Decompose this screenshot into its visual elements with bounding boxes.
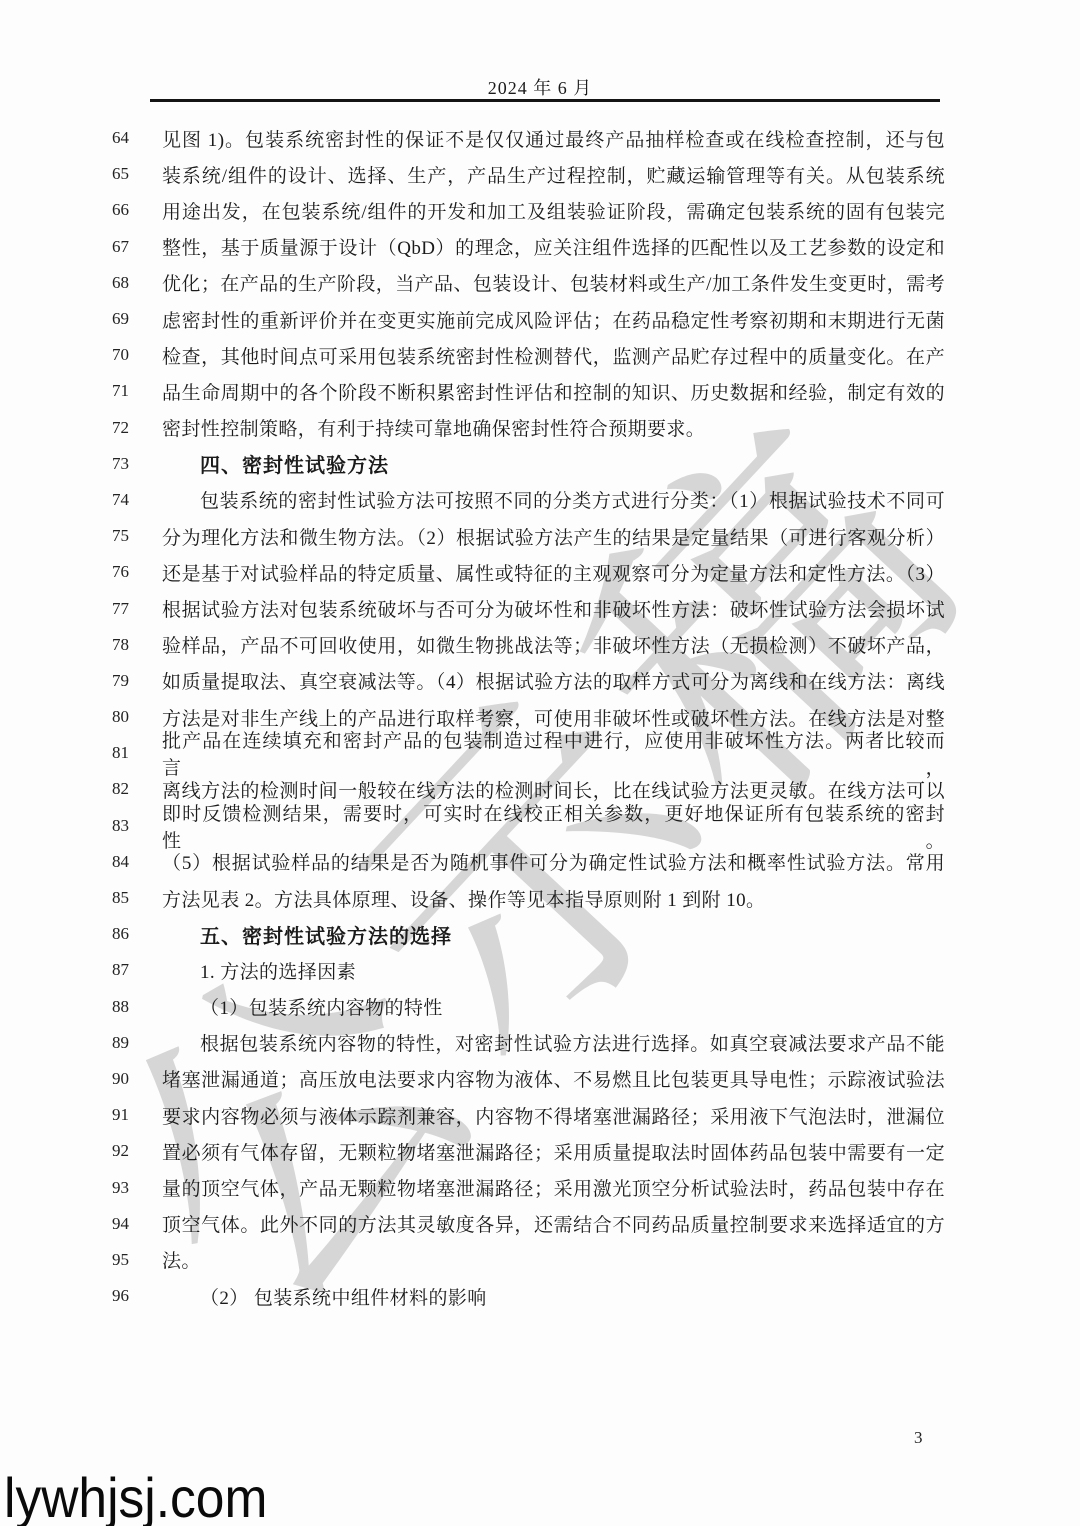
line-number: 94 <box>112 1214 162 1234</box>
line-text: 四、密封性试验方法 <box>162 449 945 478</box>
document-body: 64见图 1)。包装系统密封性的保证不是仅仅通过最终产品抽样检查或在线检查控制，… <box>112 120 945 1314</box>
line-number: 79 <box>112 671 162 691</box>
document-line: 72密封性控制策略，有利于持续可靠地确保密封性符合预期要求。 <box>112 410 945 446</box>
document-line: 77根据试验方法对包装系统破坏与否可分为破坏性和非破坏性方法：破坏性试验方法会损… <box>112 590 945 626</box>
line-text: 方法见表 2。方法具体原理、设备、操作等见本指导原则附 1 到附 10。 <box>162 885 945 912</box>
line-number: 72 <box>112 418 162 438</box>
line-number: 91 <box>112 1105 162 1125</box>
document-line: 76还是基于对试验样品的特定质量、属性或特征的主观观察可分为定量方法和定性方法。… <box>112 554 945 590</box>
line-number: 76 <box>112 562 162 582</box>
line-number: 96 <box>112 1286 162 1306</box>
document-line: 68优化；在产品的生产阶段，当产品、包装设计、包装材料或生产/加工条件发生变更时… <box>112 265 945 301</box>
document-line: 90堵塞泄漏通道；高压放电法要求内容物为液体、不易燃且比包装更具导电性；示踪液试… <box>112 1061 945 1097</box>
document-line: 88（1）包装系统内容物的特性 <box>112 989 945 1025</box>
line-number: 92 <box>112 1141 162 1161</box>
line-number: 84 <box>112 852 162 872</box>
line-text: 分为理化方法和微生物方法。（2）根据试验方法产生的结果是定量结果（可进行客观分析… <box>162 523 945 550</box>
line-number: 75 <box>112 526 162 546</box>
line-text: 品生命周期中的各个阶段不断积累密封性评估和控制的知识、历史数据和经验，制定有效的 <box>162 378 945 405</box>
document-line: 67整性，基于质量源于设计（QbD）的理念，应关注组件选择的匹配性以及工艺参数的… <box>112 229 945 265</box>
document-line: 64见图 1)。包装系统密封性的保证不是仅仅通过最终产品抽样检查或在线检查控制，… <box>112 120 945 156</box>
header-date: 2024 年 6 月 <box>0 74 1080 100</box>
line-number: 65 <box>112 164 162 184</box>
line-text: 整性，基于质量源于设计（QbD）的理念，应关注组件选择的匹配性以及工艺参数的设定… <box>162 233 945 260</box>
line-number: 82 <box>112 779 162 799</box>
document-line: 74包装系统的密封性试验方法可按照不同的分类方式进行分类：（1）根据试验技术不同… <box>112 482 945 518</box>
line-text: 量的顶空气体，产品无颗粒物堵塞泄漏路径；采用激光顶空分析试验法时，药品包装中存在 <box>162 1174 945 1201</box>
document-page: 2024 年 6 月 公示稿 64见图 1)。包装系统密封性的保证不是仅仅通过最… <box>0 0 1080 1526</box>
document-line: 92置必须有气体存留，无颗粒物堵塞泄漏路径；采用质量提取法时固体药品包装中需要有… <box>112 1133 945 1169</box>
line-text: 检查，其他时间点可采用包装系统密封性检测替代，监测产品贮存过程中的质量变化。在产 <box>162 342 945 369</box>
line-number: 93 <box>112 1178 162 1198</box>
document-line: 84（5）根据试验样品的结果是否为随机事件可分为确定性试验方法和概率性试验方法。… <box>112 844 945 880</box>
document-line: 69虑密封性的重新评价并在变更实施前完成风险评估；在药品稳定性考察初期和末期进行… <box>112 301 945 337</box>
line-text: 顶空气体。此外不同的方法其灵敏度各异，还需结合不同药品质量控制要求来选择适宜的方 <box>162 1210 945 1237</box>
line-text: （2） 包装系统中组件材料的影响 <box>162 1283 945 1310</box>
line-text: 置必须有气体存留，无颗粒物堵塞泄漏路径；采用质量提取法时固体药品包装中需要有一定 <box>162 1138 945 1165</box>
line-number: 87 <box>112 960 162 980</box>
line-text: 虑密封性的重新评价并在变更实施前完成风险评估；在药品稳定性考察初期和末期进行无菌 <box>162 306 945 333</box>
line-text: 堵塞泄漏通道；高压放电法要求内容物为液体、不易燃且比包装更具导电性；示踪液试验法 <box>162 1065 945 1092</box>
line-number: 86 <box>112 924 162 944</box>
document-line: 81批产品在连续填充和密封产品的包装制造过程中进行，应使用非破坏性方法。两者比较… <box>112 735 945 771</box>
document-line: 91要求内容物必须与液体示踪剂兼容，内容物不得堵塞泄漏路径；采用液下气泡法时，泄… <box>112 1097 945 1133</box>
document-line: 89根据包装系统内容物的特性，对密封性试验方法进行选择。如真空衰减法要求产品不能 <box>112 1025 945 1061</box>
line-number: 71 <box>112 381 162 401</box>
line-text: 五、密封性试验方法的选择 <box>162 920 945 949</box>
document-line: 93量的顶空气体，产品无颗粒物堵塞泄漏路径；采用激光顶空分析试验法时，药品包装中… <box>112 1169 945 1205</box>
line-text: 要求内容物必须与液体示踪剂兼容，内容物不得堵塞泄漏路径；采用液下气泡法时，泄漏位 <box>162 1102 945 1129</box>
line-number: 74 <box>112 490 162 510</box>
line-text: 见图 1)。包装系统密封性的保证不是仅仅通过最终产品抽样检查或在线检查控制，还与… <box>162 125 945 152</box>
line-text: 包装系统的密封性试验方法可按照不同的分类方式进行分类：（1）根据试验技术不同可 <box>162 486 945 513</box>
site-watermark: lywhjsj.com <box>4 1470 267 1526</box>
line-number: 66 <box>112 200 162 220</box>
line-number: 78 <box>112 635 162 655</box>
line-text: （1）包装系统内容物的特性 <box>162 993 945 1020</box>
line-text: 优化；在产品的生产阶段，当产品、包装设计、包装材料或生产/加工条件发生变更时，需… <box>162 269 945 296</box>
line-text: 即时反馈检测结果，需要时，可实时在线校正相关参数，更好地保证所有包装系统的密封性… <box>162 799 945 853</box>
document-line: 871. 方法的选择因素 <box>112 952 945 988</box>
document-line: 65装系统/组件的设计、选择、生产，产品生产过程控制，贮藏运输管理等有关。从包装… <box>112 156 945 192</box>
line-text: 密封性控制策略，有利于持续可靠地确保密封性符合预期要求。 <box>162 414 945 441</box>
line-number: 81 <box>112 743 162 763</box>
line-number: 73 <box>112 454 162 474</box>
line-text: 根据包装系统内容物的特性，对密封性试验方法进行选择。如真空衰减法要求产品不能 <box>162 1029 945 1056</box>
document-line: 85方法见表 2。方法具体原理、设备、操作等见本指导原则附 1 到附 10。 <box>112 880 945 916</box>
document-line: 70检查，其他时间点可采用包装系统密封性检测替代，监测产品贮存过程中的质量变化。… <box>112 337 945 373</box>
line-number: 70 <box>112 345 162 365</box>
line-number: 90 <box>112 1069 162 1089</box>
document-line: 78验样品，产品不可回收使用，如微生物挑战法等；非破坏性方法（无损检测）不破坏产… <box>112 627 945 663</box>
line-number: 68 <box>112 273 162 293</box>
line-number: 89 <box>112 1033 162 1053</box>
document-line: 79如质量提取法、真空衰减法等。（4）根据试验方法的取样方式可分为离线和在线方法… <box>112 663 945 699</box>
document-line: 94顶空气体。此外不同的方法其灵敏度各异，还需结合不同药品质量控制要求来选择适宜… <box>112 1206 945 1242</box>
line-text: 还是基于对试验样品的特定质量、属性或特征的主观观察可分为定量方法和定性方法。（3… <box>162 559 945 586</box>
line-number: 67 <box>112 237 162 257</box>
line-text: 批产品在连续填充和密封产品的包装制造过程中进行，应使用非破坏性方法。两者比较而言… <box>162 726 945 780</box>
page-number: 3 <box>914 1428 923 1448</box>
header-rule <box>150 99 940 102</box>
document-line: 95法。 <box>112 1242 945 1278</box>
document-line: 66用途出发，在包装系统/组件的开发和加工及组装验证阶段，需确定包装系统的固有包… <box>112 192 945 228</box>
line-number: 83 <box>112 816 162 836</box>
line-text: 验样品，产品不可回收使用，如微生物挑战法等；非破坏性方法（无损检测）不破坏产品， <box>162 631 945 658</box>
document-line: 75分为理化方法和微生物方法。（2）根据试验方法产生的结果是定量结果（可进行客观… <box>112 518 945 554</box>
line-text: 法。 <box>162 1246 945 1273</box>
line-number: 77 <box>112 599 162 619</box>
document-line: 83即时反馈检测结果，需要时，可实时在线校正相关参数，更好地保证所有包装系统的密… <box>112 808 945 844</box>
line-number: 69 <box>112 309 162 329</box>
line-text: 1. 方法的选择因素 <box>162 957 945 984</box>
line-number: 88 <box>112 997 162 1017</box>
document-line: 71品生命周期中的各个阶段不断积累密封性评估和控制的知识、历史数据和经验，制定有… <box>112 373 945 409</box>
line-text: 用途出发，在包装系统/组件的开发和加工及组装验证阶段，需确定包装系统的固有包装完 <box>162 197 945 224</box>
line-text: 如质量提取法、真空衰减法等。（4）根据试验方法的取样方式可分为离线和在线方法：离… <box>162 667 945 694</box>
document-line: 86五、密封性试验方法的选择 <box>112 916 945 952</box>
document-line: 96（2） 包装系统中组件材料的影响 <box>112 1278 945 1314</box>
document-line: 73四、密封性试验方法 <box>112 446 945 482</box>
line-text: 装系统/组件的设计、选择、生产，产品生产过程控制，贮藏运输管理等有关。从包装系统 <box>162 161 945 188</box>
line-text: （5）根据试验样品的结果是否为随机事件可分为确定性试验方法和概率性试验方法。常用 <box>162 848 945 875</box>
line-text: 根据试验方法对包装系统破坏与否可分为破坏性和非破坏性方法：破坏性试验方法会损坏试 <box>162 595 945 622</box>
line-number: 64 <box>112 128 162 148</box>
line-number: 80 <box>112 707 162 727</box>
line-number: 95 <box>112 1250 162 1270</box>
line-number: 85 <box>112 888 162 908</box>
